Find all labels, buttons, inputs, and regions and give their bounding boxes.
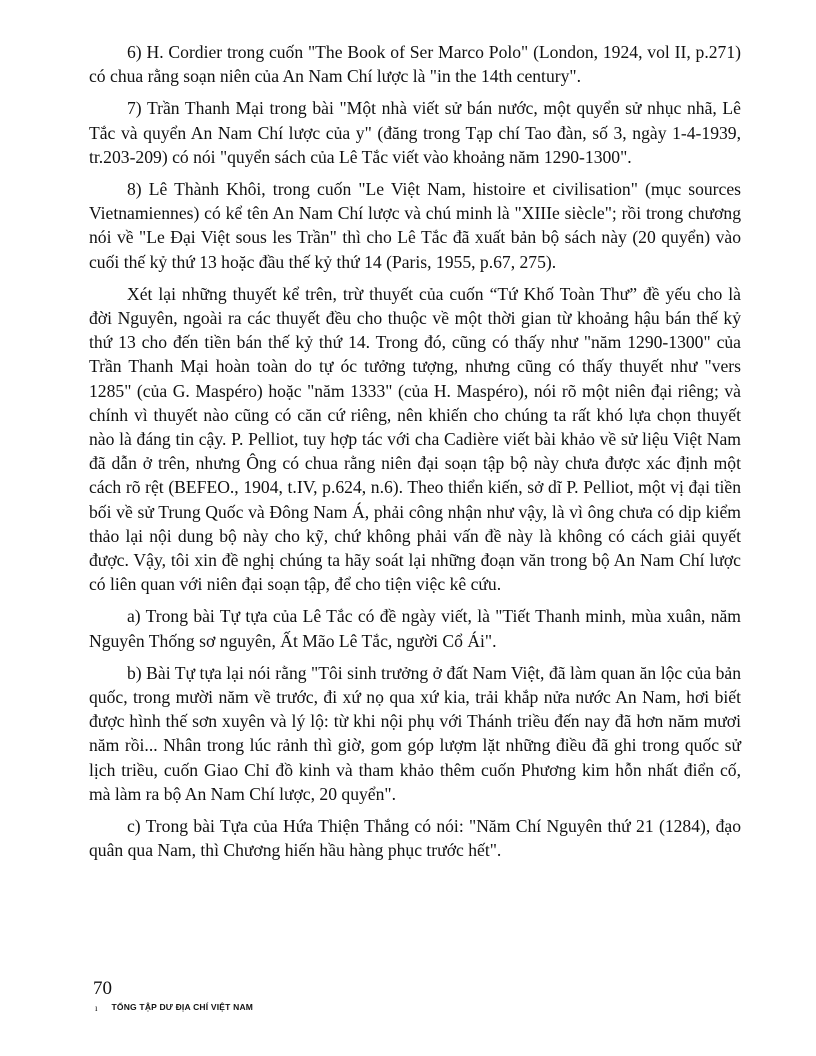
page-footer: 70 ıTỔNG TẬP DƯ ĐỊA CHÍ VIỆT NAM bbox=[93, 980, 253, 1016]
footer-tick-mark: ı bbox=[95, 1004, 98, 1013]
paragraph-note-7: 7) Trần Thanh Mại trong bài "Một nhà viế… bbox=[89, 96, 741, 169]
page-body: 6) H. Cordier trong cuốn "The Book of Se… bbox=[89, 40, 741, 871]
paragraph-item-c: c) Trong bài Tựa của Hứa Thiện Thắng có … bbox=[89, 814, 741, 862]
running-title: TỔNG TẬP DƯ ĐỊA CHÍ VIỆT NAM bbox=[112, 1002, 254, 1012]
paragraph-item-a: a) Trong bài Tự tựa của Lê Tắc có đề ngà… bbox=[89, 604, 741, 652]
paragraph-analysis: Xét lại những thuyết kể trên, trừ thuyết… bbox=[89, 282, 741, 597]
paragraph-note-6: 6) H. Cordier trong cuốn "The Book of Se… bbox=[89, 40, 741, 88]
paragraph-note-8: 8) Lê Thành Khôi, trong cuốn "Le Việt Na… bbox=[89, 177, 741, 274]
page-number: 70 bbox=[93, 980, 253, 998]
paragraph-item-b: b) Bài Tự tựa lại nói rằng "Tôi sinh trư… bbox=[89, 661, 741, 806]
